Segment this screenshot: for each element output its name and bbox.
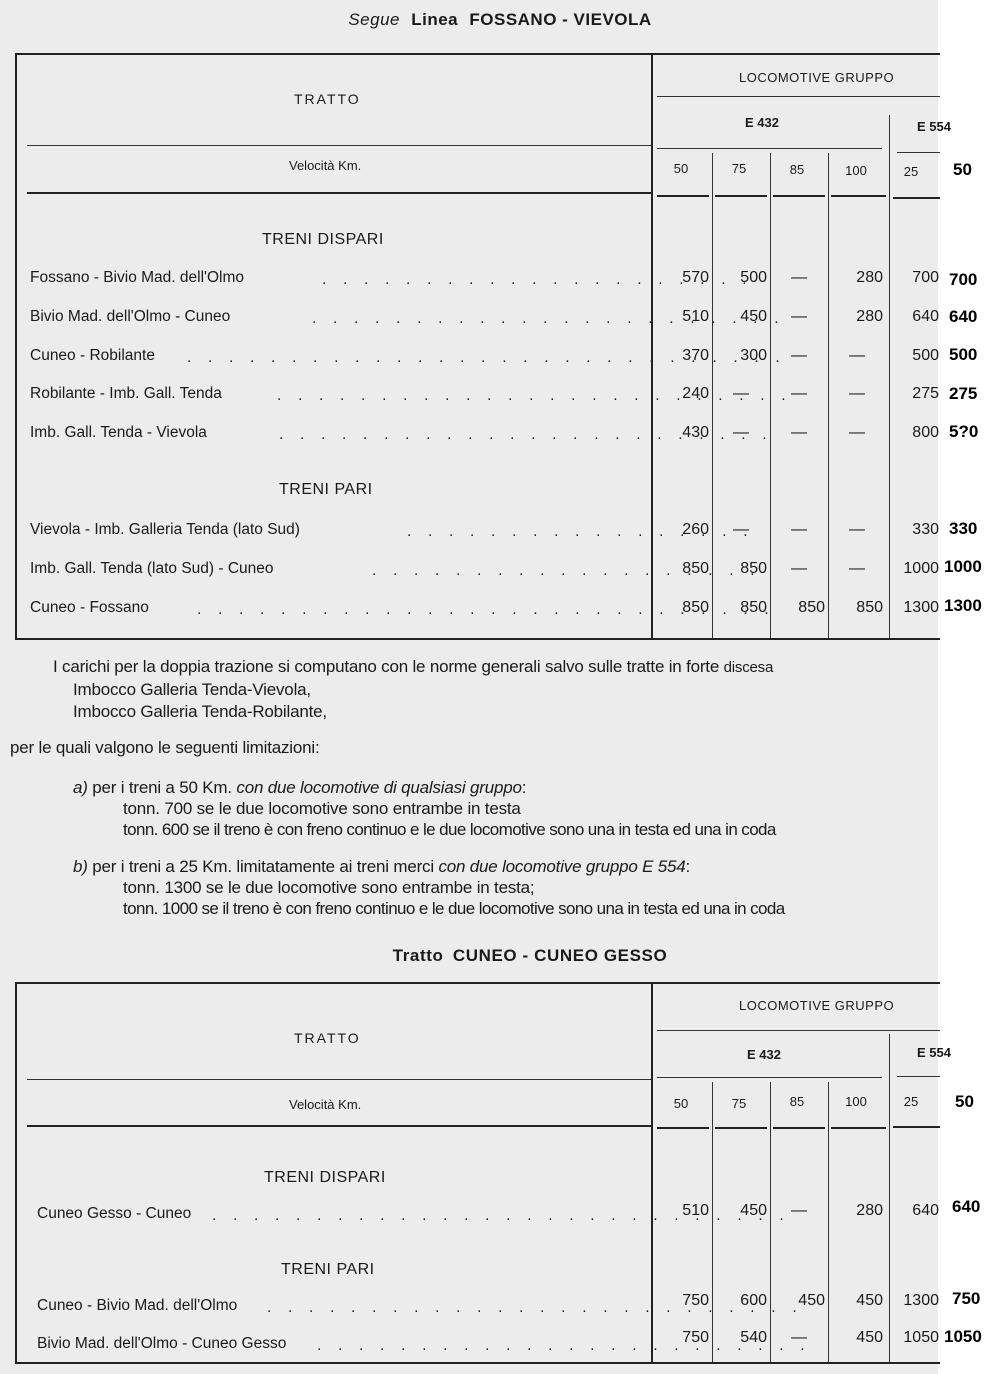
value-cell: 510 <box>657 308 709 326</box>
speed-underline <box>657 1127 709 1129</box>
speed-underline <box>715 1127 767 1129</box>
speed-header: 85 <box>769 1094 825 1109</box>
route-label: Bivio Mad. dell'Olmo - Cuneo <box>30 308 230 326</box>
value-cell: — <box>773 269 825 287</box>
value-cell: — <box>773 521 825 539</box>
value-cell: — <box>715 424 767 442</box>
value-cell: 850 <box>657 560 709 578</box>
route-label: Imb. Gall. Tenda (lato Sud) - Cuneo <box>30 560 274 578</box>
item-italic: con due locomotive di qualsiasi gruppo <box>236 778 521 797</box>
margin-value: 640 <box>949 307 977 327</box>
item-italic: con due locomotive gruppo E 554 <box>438 857 685 876</box>
item-marker: a) <box>73 778 88 797</box>
margin-value: 1300 <box>944 596 982 616</box>
value-cell: 240 <box>657 385 709 403</box>
note-place: Imbocco Galleria Tenda-Vievola, <box>73 680 311 700</box>
speed-header: 50 <box>653 161 709 176</box>
margin-value: 750 <box>952 1289 980 1309</box>
value-cell: 1000 <box>883 560 939 578</box>
value-cell: 700 <box>883 269 939 287</box>
value-cell: 280 <box>831 1202 883 1220</box>
header-rule <box>657 96 940 97</box>
header-tratto: TRATTO <box>294 1030 361 1046</box>
value-cell: — <box>831 424 883 442</box>
speed-underline <box>773 195 825 197</box>
value-cell: 800 <box>883 424 939 442</box>
value-cell: 430 <box>657 424 709 442</box>
route-label: Robilante - Imb. Gall. Tenda <box>30 385 222 403</box>
value-cell: — <box>831 347 883 365</box>
header-locomotive-gruppo: LOCOMOTIVE GRUPPO <box>739 70 894 85</box>
section-treni-pari: TRENI PARI <box>281 1261 375 1279</box>
margin-value: 50 <box>953 160 972 180</box>
value-cell: 640 <box>883 1202 939 1220</box>
column-divider <box>651 55 653 638</box>
value-cell: 275 <box>883 385 939 403</box>
value-cell: 640 <box>883 308 939 326</box>
note-item-line: tonn. 1300 se le due locomotive sono ent… <box>123 878 534 898</box>
value-cell: 300 <box>715 347 767 365</box>
header-rule <box>27 192 651 194</box>
item-text: per i treni a 25 Km. limitatamente ai tr… <box>92 857 434 876</box>
value-cell: — <box>773 1329 825 1347</box>
note-place: Imbocco Galleria Tenda-Robilante, <box>73 702 327 722</box>
column-divider <box>828 1082 829 1362</box>
value-cell: — <box>773 385 825 403</box>
note-lead: per le quali valgono le seguenti limitaz… <box>10 738 319 758</box>
speed-header: 100 <box>828 1094 884 1109</box>
section-treni-dispari: TRENI DISPARI <box>262 231 384 249</box>
note-item-line: tonn. 1000 se il treno è con freno conti… <box>123 899 785 919</box>
speed-underline <box>715 195 767 197</box>
speed-header: 100 <box>828 163 884 178</box>
header-rule <box>657 1030 940 1031</box>
value-cell: 510 <box>657 1202 709 1220</box>
speed-underline <box>893 1126 940 1128</box>
note-intro: I carichi per la doppia trazione si comp… <box>53 657 773 677</box>
title-prefix: Segue <box>348 10 400 29</box>
route-label: Bivio Mad. dell'Olmo - Cuneo Gesso <box>37 1335 286 1353</box>
leader-dots: . . . . . . . . . . . . . . . . . . . . … <box>312 310 785 328</box>
value-cell: 330 <box>883 521 939 539</box>
route-label: Cuneo - Fossano <box>30 599 149 617</box>
route-label: Vievola - Imb. Galleria Tenda (lato Sud) <box>30 521 300 539</box>
speed-header: 85 <box>769 162 825 177</box>
page-title: Segue Linea FOSSANO - VIEVOLA <box>0 10 1000 30</box>
value-cell: 750 <box>657 1329 709 1347</box>
header-rule <box>27 145 651 146</box>
margin-value: 700 <box>949 270 977 290</box>
value-cell: 450 <box>773 1292 825 1310</box>
margin-value: 1000 <box>944 557 982 577</box>
note-item-line: tonn. 600 se il treno è con freno contin… <box>123 820 776 840</box>
value-cell: 850 <box>715 599 767 617</box>
route-label: Imb. Gall. Tenda - Vievola <box>30 424 207 442</box>
column-divider <box>828 153 829 638</box>
item-marker: b) <box>73 857 88 876</box>
item-tail: : <box>686 857 691 876</box>
speed-header: 50 <box>653 1096 709 1111</box>
value-cell: — <box>831 560 883 578</box>
speed-underline <box>657 195 709 197</box>
title-line-name: FOSSANO - VIEVOLA <box>469 10 651 29</box>
note-item-a: a) per i treni a 50 Km. con due locomoti… <box>73 778 526 798</box>
column-divider <box>889 1034 890 1362</box>
value-cell: 450 <box>831 1329 883 1347</box>
margin-value: 500 <box>949 345 977 365</box>
value-cell: 850 <box>715 560 767 578</box>
section-title-cuneo-gesso: Tratto CUNEO - CUNEO GESSO <box>0 946 1000 966</box>
value-cell: 1300 <box>883 1292 939 1310</box>
item-text: per i treni a 50 Km. <box>92 778 232 797</box>
value-cell: 450 <box>715 1202 767 1220</box>
value-cell: 450 <box>831 1292 883 1310</box>
section-treni-pari: TRENI PARI <box>279 481 373 499</box>
route-label: Cuneo - Robilante <box>30 347 155 365</box>
value-cell: 750 <box>657 1292 709 1310</box>
value-cell: 540 <box>715 1329 767 1347</box>
section-treni-dispari: TRENI DISPARI <box>264 1169 386 1187</box>
group-e432: E 432 <box>747 1047 781 1062</box>
note-intro-text: I carichi per la doppia trazione si comp… <box>53 657 719 676</box>
header-locomotive-gruppo: LOCOMOTIVE GRUPPO <box>739 998 894 1013</box>
value-cell: 850 <box>773 599 825 617</box>
section-title-name: CUNEO - CUNEO GESSO <box>453 946 667 965</box>
value-cell: 850 <box>831 599 883 617</box>
value-cell: 1050 <box>883 1329 939 1347</box>
title-line-label: Linea <box>411 10 458 29</box>
value-cell: 280 <box>831 308 883 326</box>
load-table-fossano-vievola: TRATTO Velocità Km. LOCOMOTIVE GRUPPO E … <box>15 53 940 640</box>
speed-underline <box>773 1127 825 1129</box>
margin-value: 5?0 <box>949 422 978 442</box>
speed-header: 25 <box>883 1094 939 1109</box>
group-e554: E 554 <box>917 1045 951 1060</box>
value-cell: — <box>773 347 825 365</box>
header-rule <box>897 1076 940 1077</box>
header-rule <box>27 1079 651 1080</box>
margin-value: 50 <box>955 1092 974 1112</box>
value-cell: — <box>773 424 825 442</box>
value-cell: — <box>831 521 883 539</box>
value-cell: 370 <box>657 347 709 365</box>
header-rule <box>657 1077 882 1078</box>
value-cell: 280 <box>831 269 883 287</box>
section-title-prefix: Tratto <box>393 946 444 965</box>
value-cell: — <box>773 308 825 326</box>
route-label: Fossano - Bivio Mad. dell'Olmo <box>30 269 244 287</box>
header-rule <box>897 152 940 153</box>
note-item-line: tonn. 700 se le due locomotive sono entr… <box>123 799 521 819</box>
value-cell: — <box>715 385 767 403</box>
speed-header: 75 <box>711 1096 767 1111</box>
margin-value: 330 <box>949 519 977 539</box>
header-rule <box>27 1125 651 1127</box>
speed-header: 25 <box>883 164 939 179</box>
value-cell: — <box>715 521 767 539</box>
speed-header: 75 <box>711 161 767 176</box>
value-cell: 600 <box>715 1292 767 1310</box>
header-velocita: Velocità Km. <box>289 1097 361 1112</box>
value-cell: 500 <box>883 347 939 365</box>
header-velocita: Velocità Km. <box>289 158 361 173</box>
load-table-cuneo-cuneo-gesso: TRATTO Velocità Km. LOCOMOTIVE GRUPPO E … <box>15 982 940 1364</box>
note-item-b: b) per i treni a 25 Km. limitatamente ai… <box>73 857 690 877</box>
note-intro-end: discesa <box>724 659 773 676</box>
item-tail: : <box>522 778 527 797</box>
value-cell: 450 <box>715 308 767 326</box>
speed-underline <box>831 1127 886 1129</box>
value-cell: 850 <box>657 599 709 617</box>
value-cell: 570 <box>657 269 709 287</box>
page-margin-strip <box>938 0 1000 1374</box>
speed-underline <box>831 195 886 197</box>
group-e554: E 554 <box>917 119 951 134</box>
value-cell: 1300 <box>883 599 939 617</box>
header-rule <box>657 148 882 149</box>
value-cell: 260 <box>657 521 709 539</box>
speed-underline <box>893 197 940 199</box>
value-cell: — <box>831 385 883 403</box>
group-e432: E 432 <box>745 115 779 130</box>
margin-value: 640 <box>952 1197 980 1217</box>
margin-value: 1050 <box>944 1327 982 1347</box>
value-cell: — <box>773 560 825 578</box>
route-label: Cuneo - Bivio Mad. dell'Olmo <box>37 1297 237 1315</box>
margin-value: 275 <box>949 384 977 404</box>
value-cell: — <box>773 1202 825 1220</box>
value-cell: 500 <box>715 269 767 287</box>
route-label: Cuneo Gesso - Cuneo <box>37 1205 191 1223</box>
header-tratto: TRATTO <box>294 91 361 107</box>
